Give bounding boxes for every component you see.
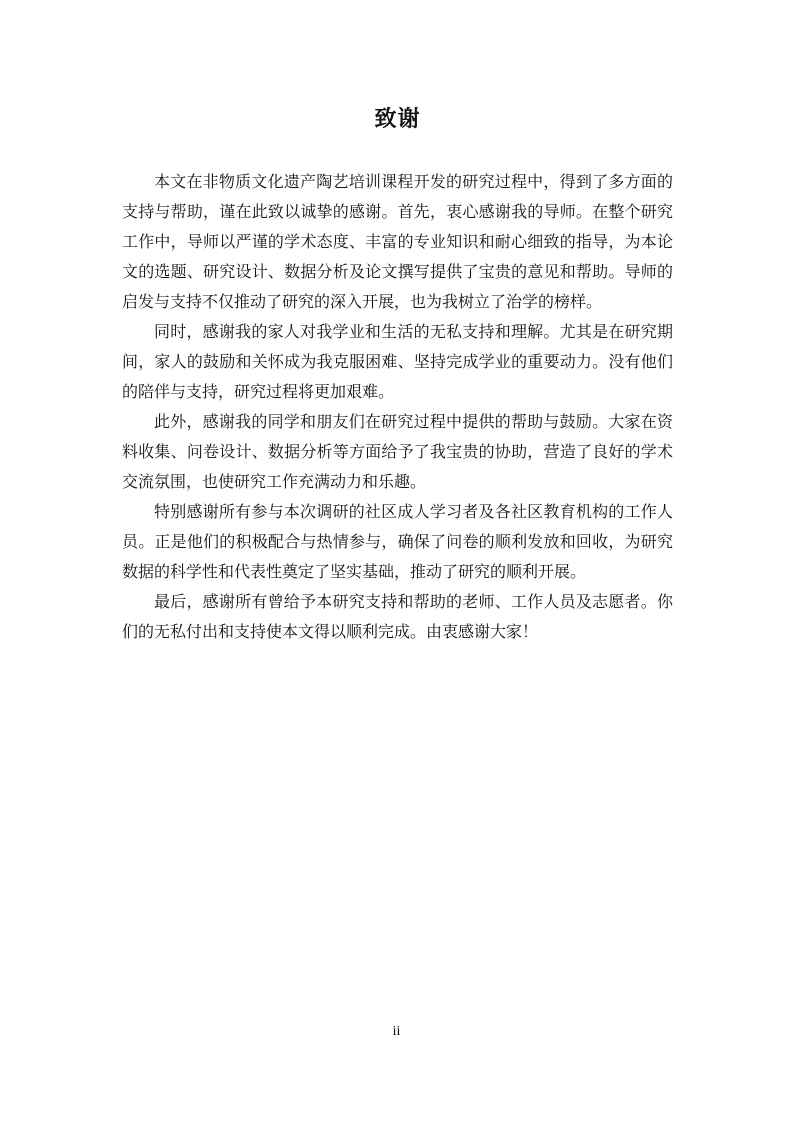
paragraph-2: 同时，感谢我的家人对我学业和生活的无私支持和理解。尤其是在研究期间，家人的鼓励和… — [122, 318, 673, 408]
page-title: 致谢 — [122, 102, 673, 136]
paragraph-3: 此外，感谢我的同学和朋友们在研究过程中提供的帮助与鼓励。大家在资料收集、问卷设计… — [122, 408, 673, 498]
document-page: 致谢 本文在非物质文化遗产陶艺培训课程开发的研究过程中，得到了多方面的支持与帮助… — [0, 0, 793, 1122]
page-content: 致谢 本文在非物质文化遗产陶艺培训课程开发的研究过程中，得到了多方面的支持与帮助… — [122, 102, 673, 648]
paragraph-4: 特别感谢所有参与本次调研的社区成人学习者及各社区教育机构的工作人员。正是他们的积… — [122, 498, 673, 588]
page-number: ii — [0, 1022, 793, 1042]
paragraph-5: 最后，感谢所有曾给予本研究支持和帮助的老师、工作人员及志愿者。你们的无私付出和支… — [122, 588, 673, 648]
paragraph-1: 本文在非物质文化遗产陶艺培训课程开发的研究过程中，得到了多方面的支持与帮助，谨在… — [122, 168, 673, 318]
